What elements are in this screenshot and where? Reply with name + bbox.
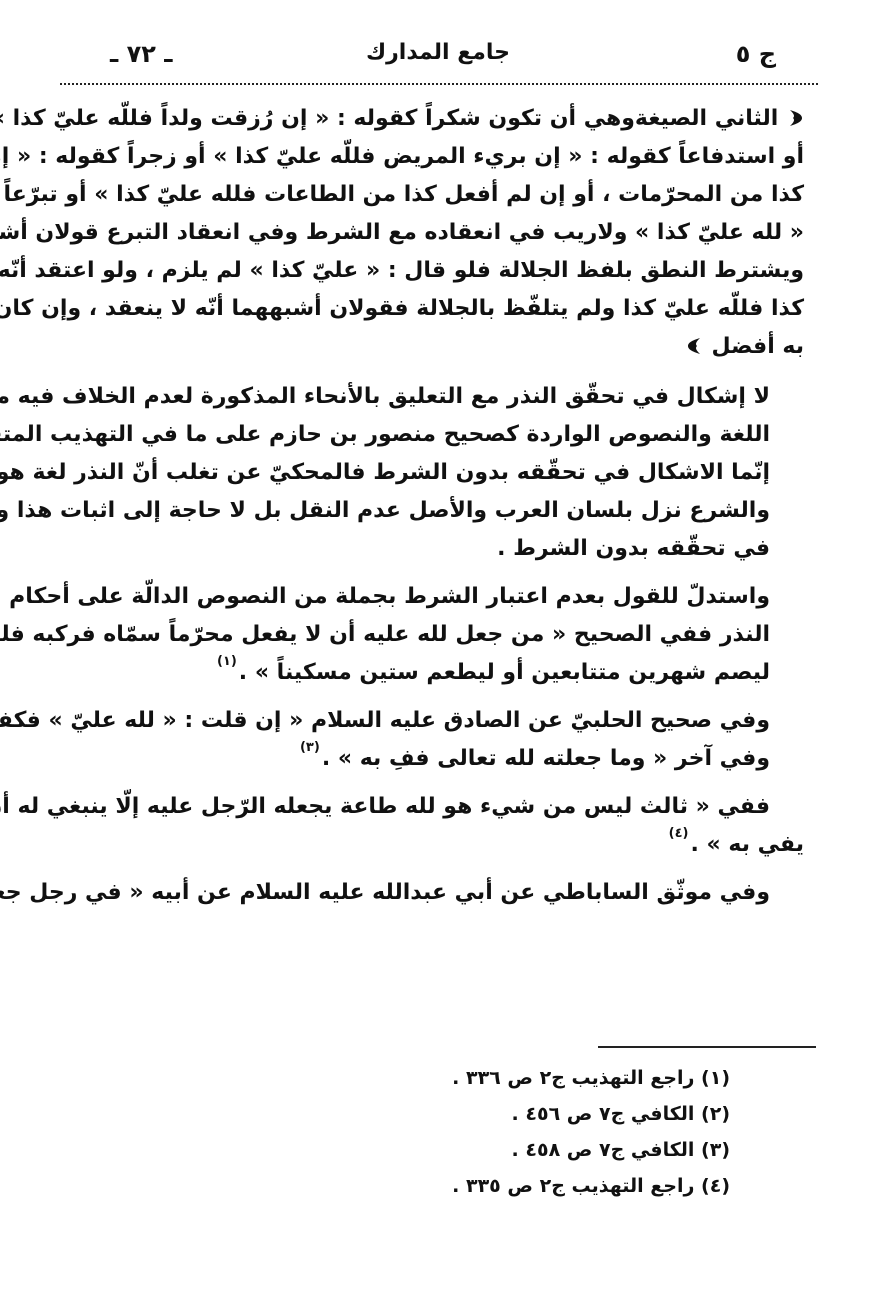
running-header: ـ ٧٢ ـ جامع المدارك ج ٥: [60, 38, 816, 74]
paragraph-6: ففي « ثالث ليس من شيء هو لله طاعة يجعله …: [68, 788, 804, 864]
text-line: ففي « ثالث ليس من شيء هو لله طاعة يجعله …: [68, 788, 804, 826]
footnotes: (١) راجع التهذيب ج٢ ص ٣٣٦ . (٢) الكافي ج…: [452, 1060, 730, 1204]
text-line: النذر ففي الصحيح « من جعل لله عليه أن لا…: [68, 616, 804, 654]
text-line: وفي آخر « وما جعلته لله تعالى ففِ به » .…: [68, 740, 804, 778]
ornament-left-icon: [686, 336, 704, 356]
footnote-ref-1[interactable]: (١): [217, 654, 237, 669]
text-line: به أفضل: [68, 328, 804, 366]
footnote-2: (٢) الكافي ج٧ ص ٤٥٦ .: [452, 1096, 730, 1132]
paragraph-5: وفي آخر « وما جعلته لله تعالى ففِ به » .…: [68, 740, 804, 778]
text-line: الثاني الصيغةوهي أن تكون شكراً كقوله : «…: [68, 100, 804, 138]
text-line: والشرع نزل بلسان العرب والأصل عدم النقل …: [68, 492, 804, 530]
footnote-1: (١) راجع التهذيب ج٢ ص ٣٣٦ .: [452, 1060, 730, 1096]
main-text: الثاني الصيغةوهي أن تكون شكراً كقوله : «…: [68, 100, 804, 922]
text-line: أو استدفاعاً كقوله : « إن بريء المريض فل…: [68, 138, 804, 176]
paragraph-4: وفي صحيح الحلبيّ عن الصادق عليه السلام «…: [68, 702, 804, 740]
text-line: لا إشكال في تحقّق النذر مع التعليق بالأن…: [68, 378, 804, 416]
paragraph-1: الثاني الصيغةوهي أن تكون شكراً كقوله : «…: [68, 100, 804, 366]
volume-number: ج ٥: [736, 40, 776, 68]
paragraph-3: واستدلّ للقول بعدم اعتبار الشرط بجملة من…: [68, 578, 804, 692]
text-line: « لله عليّ كذا » ولاريب في انعقاده مع ال…: [68, 214, 804, 252]
footnote-divider: [598, 1046, 816, 1048]
footnote-ref-3[interactable]: (٣): [300, 740, 320, 755]
text-line: كذا فللّه عليّ كذا ولم يتلفّظ بالجلالة ف…: [68, 290, 804, 328]
text-line: واستدلّ للقول بعدم اعتبار الشرط بجملة من…: [68, 578, 804, 616]
footnote-ref-4[interactable]: (٤): [669, 826, 689, 841]
text-line: اللغة والنصوص الواردة كصحيح منصور بن حاز…: [68, 416, 804, 454]
footnote-3: (٣) الكافي ج٧ ص ٤٥٨ .: [452, 1132, 730, 1168]
paragraph-2: لا إشكال في تحقّق النذر مع التعليق بالأن…: [68, 378, 804, 568]
text-line: وفي موثّق الساباطي عن أبي عبدالله عليه ا…: [68, 874, 804, 912]
text-line: يفي به » .(٤): [68, 826, 804, 864]
text-line: إنّما الاشكال في تحقّقه بدون الشرط فالمح…: [68, 454, 804, 492]
book-title: جامع المدارك: [60, 40, 816, 65]
text-line: وفي صحيح الحلبيّ عن الصادق عليه السلام «…: [68, 702, 804, 740]
footnote-4: (٤) راجع التهذيب ج٢ ص ٣٣٥ .: [452, 1168, 730, 1204]
text-line: في تحقّقه بدون الشرط .: [68, 530, 804, 568]
ornament-right-icon: [786, 108, 804, 128]
text-line: ليصم شهرين متتابعين أو ليطعم ستين مسكينا…: [68, 654, 804, 692]
text-line: ويشترط النطق بلفظ الجلالة فلو قال : « عل…: [68, 252, 804, 290]
header-divider: [60, 83, 818, 85]
book-page: ـ ٧٢ ـ جامع المدارك ج ٥ الثاني الصيغةوهي…: [0, 0, 876, 1312]
paragraph-7: وفي موثّق الساباطي عن أبي عبدالله عليه ا…: [68, 874, 804, 912]
text-line: كذا من المحرّمات ، أو إن لم أفعل كذا من …: [68, 176, 804, 214]
